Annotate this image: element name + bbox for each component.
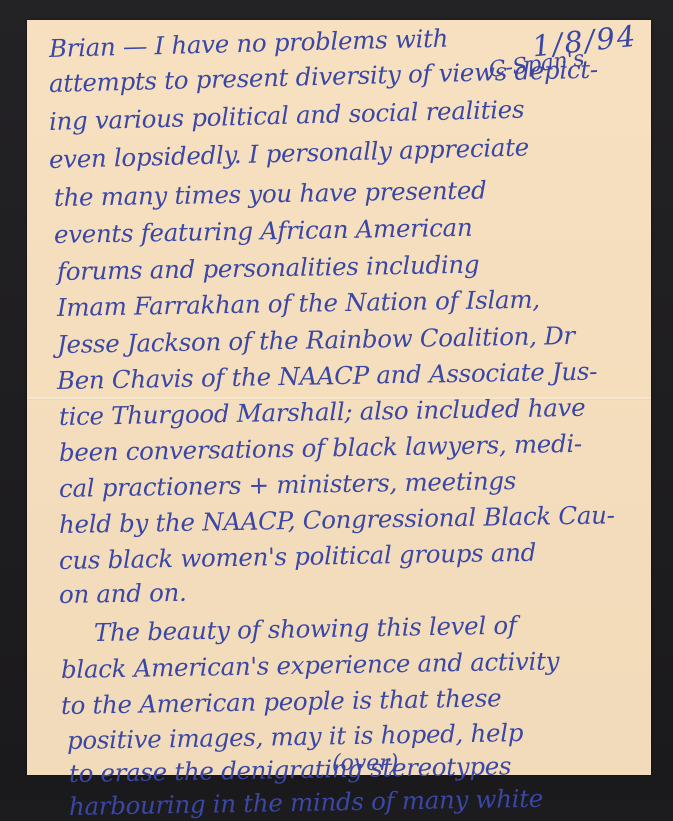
letter-line: to the American people is that these — [61, 683, 502, 720]
letter-line: cal practioners + ministers, meetings — [59, 466, 517, 503]
letter-line: Imam Farrakhan of the Nation of Islam, — [57, 285, 540, 322]
letter-line: forums and personalities including — [57, 250, 480, 286]
letter-line: Brian — I have no problems with — [49, 24, 449, 63]
letter-line: positive images, may it is hoped, help — [67, 718, 524, 755]
letter-line: attempts to present diversity of views d… — [49, 55, 599, 98]
letter-page: 1/8/94 Brian — I have no problems with C… — [27, 20, 651, 775]
letter-line: events featuring African American — [54, 213, 473, 249]
letter-line: Ben Chavis of the NAACP and Associate Ju… — [57, 357, 598, 395]
letter-line: The beauty of showing this level of — [94, 611, 517, 647]
letter-line: held by the NAACP, Congressional Black C… — [59, 500, 615, 539]
letter-line: even lopsidedly. I personally appreciate — [49, 132, 530, 174]
letter-line: black American's experience and activity — [61, 646, 560, 684]
letter-line: the many times you have presented — [54, 175, 487, 212]
letter-line: Jesse Jackson of the Rainbow Coalition, … — [57, 321, 575, 359]
letter-line: on and on. — [59, 578, 187, 609]
letter-line: cus black women's political groups and — [59, 538, 536, 575]
over-note: (over) — [332, 751, 398, 776]
letter-line: ing various political and social realiti… — [49, 95, 525, 136]
letter-line: been conversations of black lawyers, med… — [59, 429, 582, 467]
